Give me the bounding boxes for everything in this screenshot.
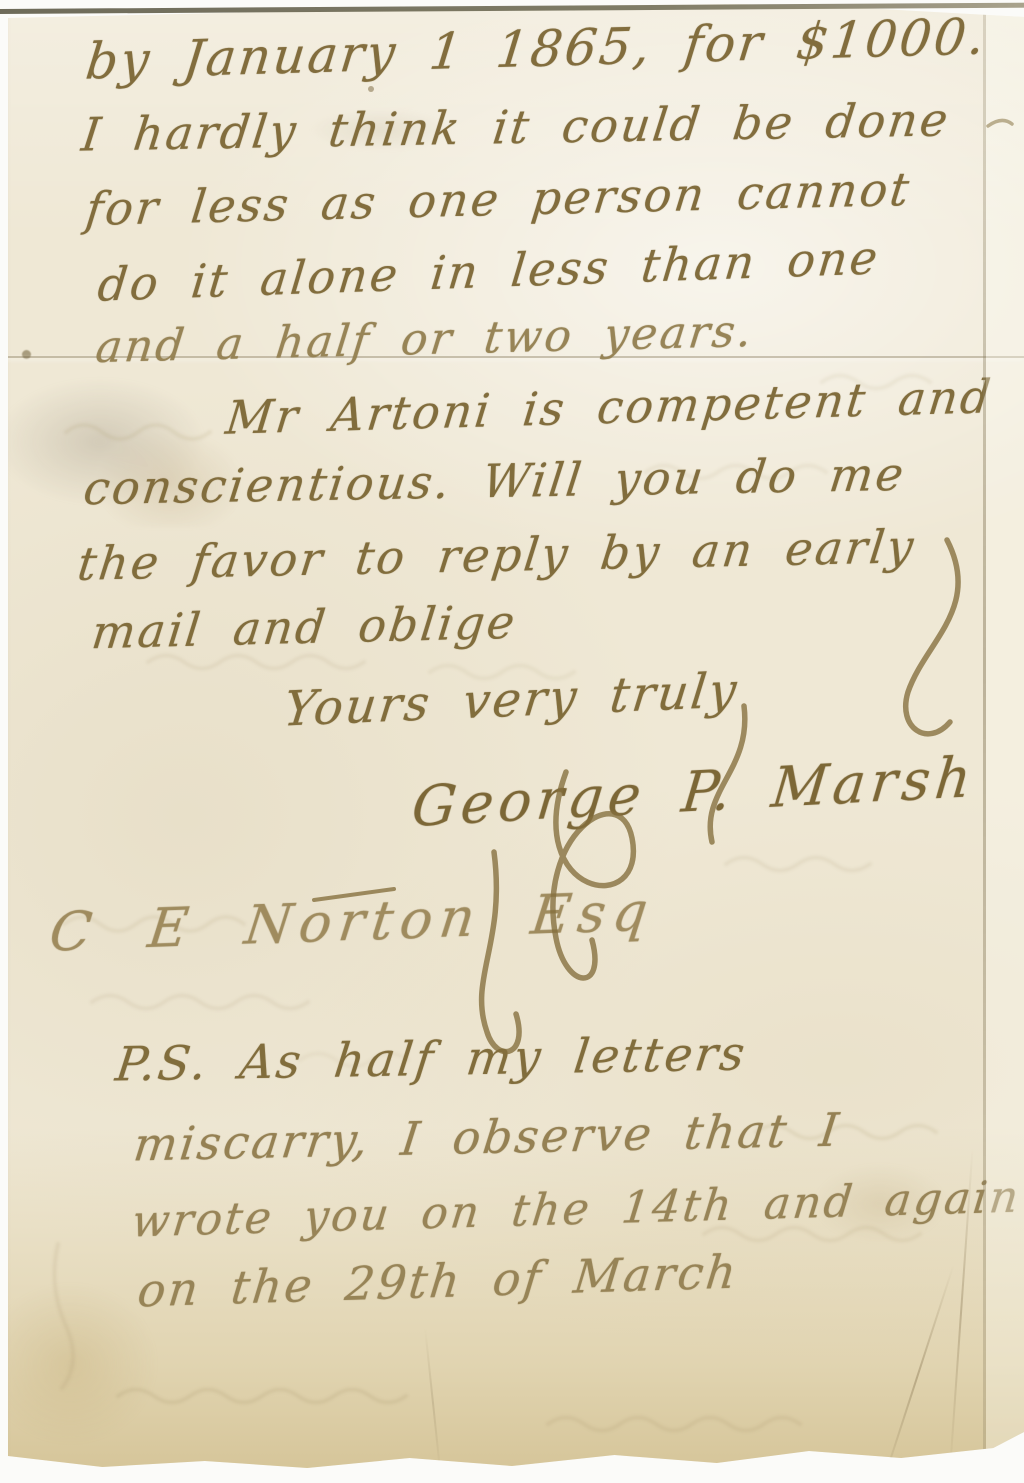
closing-line: Yours very truly [281, 662, 742, 737]
folded-margin [986, 12, 1024, 1461]
scanned-letter-page: by January 1 1865, for $1000. I hardly t… [0, 0, 1024, 1483]
letter-line: do it alone in less than one [95, 230, 882, 312]
crease [880, 1265, 955, 1483]
postscript-line: on the 29th of March [135, 1244, 741, 1317]
letter-line: conscientious. Will you do me [81, 447, 909, 515]
postscript-line: P.S. As half my letters [113, 1026, 750, 1092]
postscript-line: wrote you on the 14th and again [129, 1172, 1023, 1248]
letter-line: mail and oblige [89, 595, 520, 660]
letter-line: for less as one person cannot [83, 162, 914, 236]
letter-line: Mr Artoni is competent and [223, 369, 995, 445]
ink-spot [368, 86, 374, 92]
postscript-line: miscarry, I observe that I [131, 1103, 844, 1172]
letter-line: I hardly think it could be done [79, 92, 954, 161]
letter-line: by January 1 1865, for $1000. [83, 7, 990, 90]
letter-line: the favor to reply by an early [75, 519, 919, 591]
letter-paper: by January 1 1865, for $1000. I hardly t… [0, 0, 1024, 1483]
addressee-line: C E Norton Esq [46, 879, 658, 963]
crease [424, 1328, 442, 1477]
signature: George P. Marsh [409, 745, 979, 839]
letter-line: and a half or two years. [93, 306, 757, 373]
